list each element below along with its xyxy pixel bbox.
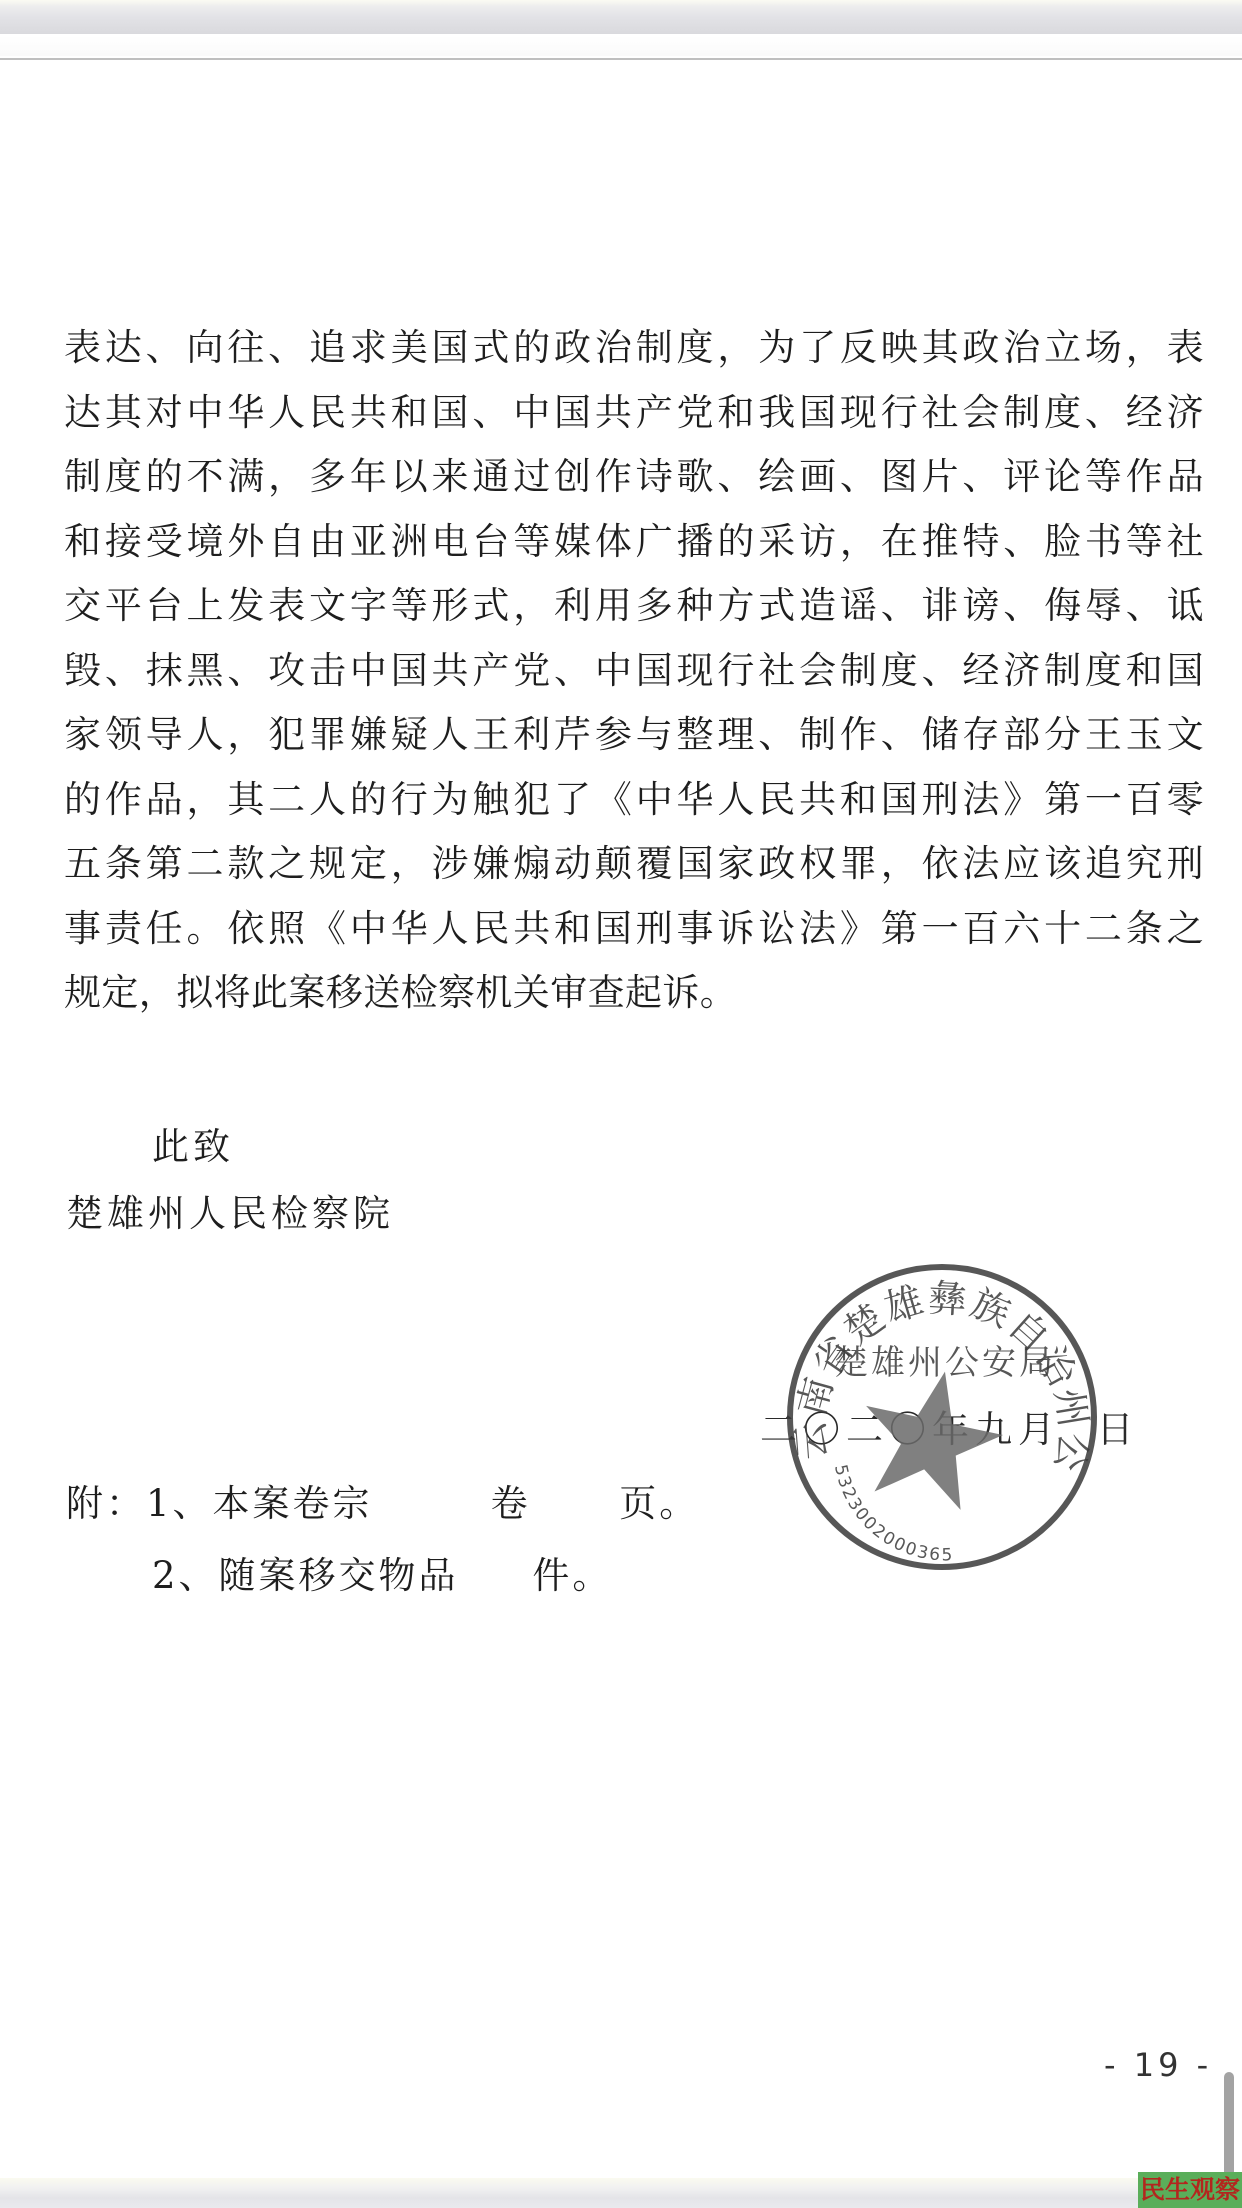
header-rule bbox=[0, 58, 1242, 60]
watermark-badge: 民生观察 bbox=[1138, 2172, 1242, 2208]
body-paragraph: 表达、向往、追求美国式的政治制度，为了反映其政治立场，表 达其对中华人民共和国、… bbox=[64, 316, 1204, 1026]
body-line: 规定，拟将此案移送检察机关审查起诉。 bbox=[64, 961, 1204, 1026]
page-number: - 19 - bbox=[1104, 2046, 1212, 2084]
attachment-transferred-items: 2、随案移交物品 件。 bbox=[152, 1546, 612, 1606]
seal-stamp-icon: 云南省楚雄彝族自治州公安局 楚雄州公安局 5323002000365 bbox=[772, 1252, 1112, 1582]
official-seal: 云南省楚雄彝族自治州公安局 楚雄州公安局 5323002000365 bbox=[772, 1252, 1112, 1582]
header-faint-area bbox=[0, 36, 1242, 56]
recipient: 楚雄州人民检察院 bbox=[66, 1184, 394, 1244]
body-line: 表达、向往、追求美国式的政治制度，为了反映其政治立场，表 bbox=[64, 316, 1204, 381]
document-page: 表达、向往、追求美国式的政治制度，为了反映其政治立场，表 达其对中华人民共和国、… bbox=[0, 0, 1242, 2208]
body-line: 和接受境外自由亚洲电台等媒体广播的采访，在推特、脸书等社 bbox=[64, 510, 1204, 575]
attachment-case-files: 附：1、本案卷宗 卷 页。 bbox=[66, 1474, 699, 1534]
top-edge-band bbox=[0, 0, 1242, 34]
body-line: 达其对中华人民共和国、中国共产党和我国现行社会制度、经济 bbox=[64, 381, 1204, 446]
body-line: 交平台上发表文字等形式，利用多种方式造谣、诽谤、侮辱、诋 bbox=[64, 574, 1204, 639]
body-line: 事责任。依照《中华人民共和国刑事诉讼法》第一百六十二条之 bbox=[64, 897, 1204, 962]
body-line: 家领导人，犯罪嫌疑人王利芹参与整理、制作、储存部分王玉文 bbox=[64, 703, 1204, 768]
bottom-edge-band bbox=[0, 2178, 1242, 2208]
closing-salutation: 此致 bbox=[152, 1117, 234, 1177]
body-line: 毁、抹黑、攻击中国共产党、中国现行社会制度、经济制度和国 bbox=[64, 639, 1204, 704]
body-line: 五条第二款之规定，涉嫌煽动颠覆国家政权罪，依法应该追究刑 bbox=[64, 832, 1204, 897]
body-line: 的作品，其二人的行为触犯了《中华人民共和国刑法》第一百零 bbox=[64, 768, 1204, 833]
body-line: 制度的不满，多年以来通过创作诗歌、绘画、图片、评论等作品 bbox=[64, 445, 1204, 510]
